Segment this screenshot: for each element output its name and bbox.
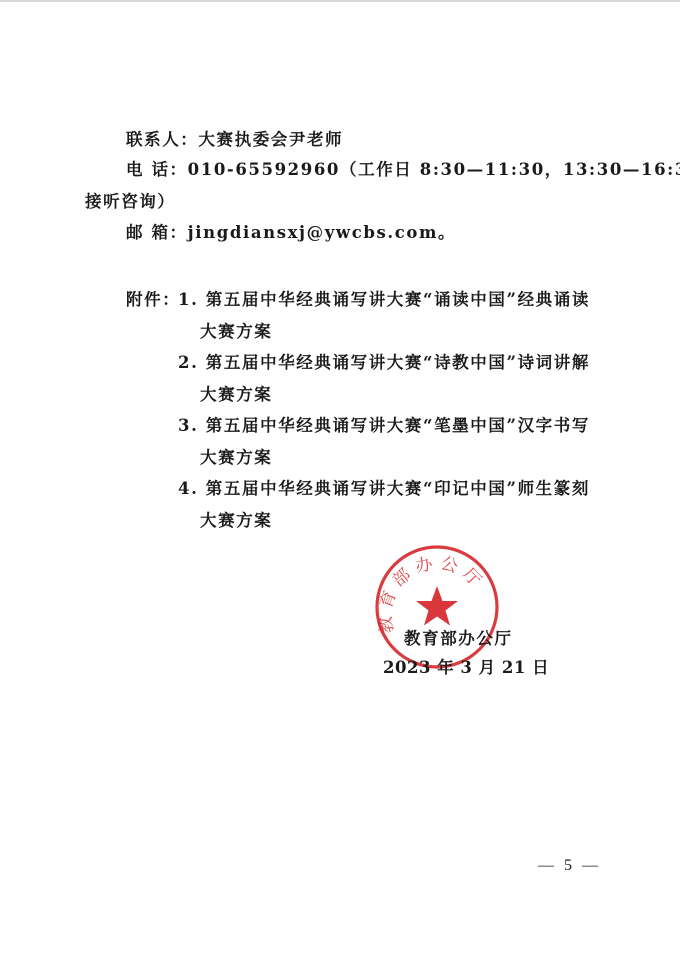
attachment-item-3: 3. 第五届中华经典诵写讲大赛“笔墨中国”汉字书写 xyxy=(178,416,590,436)
contact-email-line: 邮 箱：jingdiansxj@ywcbs.com。 xyxy=(126,223,456,243)
contact-person-label: 联系人： xyxy=(126,130,198,149)
attachment-title: 第五届中华经典诵写讲大赛“诗教中国”诗词讲解 xyxy=(206,353,590,372)
attachment-item-3-cont: 大赛方案 xyxy=(200,448,272,468)
attachment-item-1-cont: 大赛方案 xyxy=(200,322,272,342)
contact-phone-line: 电 话：010-65592960（工作日 8:30—11:30，13:30—16… xyxy=(126,160,680,180)
attachment-number: 3. xyxy=(178,416,198,435)
attachment-title: 第五届中华经典诵写讲大赛“笔墨中国”汉字书写 xyxy=(206,416,590,435)
attachment-item-2-cont: 大赛方案 xyxy=(200,385,272,405)
issuer-name: 教育部办公厅 xyxy=(404,629,513,649)
official-seal-icon: 教育部办公厅 xyxy=(374,544,500,670)
attachment-number: 4. xyxy=(178,479,198,498)
contact-phone-continuation: 接听咨询） xyxy=(85,192,176,212)
document-page: 联系人：大赛执委会尹老师 电 话：010-65592960（工作日 8:30—1… xyxy=(0,0,680,963)
attachment-item-4-cont: 大赛方案 xyxy=(200,511,272,531)
attachment-number: 1. xyxy=(178,290,198,309)
attachment-item-2: 2. 第五届中华经典诵写讲大赛“诗教中国”诗词讲解 xyxy=(178,353,590,373)
attachment-title: 第五届中华经典诵写讲大赛“诵读中国”经典诵读 xyxy=(206,290,590,309)
attachments-label: 附件： xyxy=(126,290,180,310)
contact-phone-label: 电 话： xyxy=(126,160,188,179)
contact-email-label: 邮 箱： xyxy=(126,223,188,242)
attachment-title: 第五届中华经典诵写讲大赛“印记中国”师生篆刻 xyxy=(206,479,590,498)
contact-email-value: jingdiansxj@ywcbs.com。 xyxy=(188,223,456,242)
attachment-number: 2. xyxy=(178,353,198,372)
contact-phone-value: 010-65592960（工作日 8:30—11:30，13:30—16:30 xyxy=(188,160,680,179)
page-number: — 5 — xyxy=(538,857,601,875)
contact-person-line: 联系人：大赛执委会尹老师 xyxy=(126,130,343,150)
contact-person-value: 大赛执委会尹老师 xyxy=(198,130,343,149)
attachment-item-1: 1. 第五届中华经典诵写讲大赛“诵读中国”经典诵读 xyxy=(178,290,590,310)
attachment-item-4: 4. 第五届中华经典诵写讲大赛“印记中国”师生篆刻 xyxy=(178,479,590,499)
issue-date: 2023 年 3 月 21 日 xyxy=(383,658,549,678)
